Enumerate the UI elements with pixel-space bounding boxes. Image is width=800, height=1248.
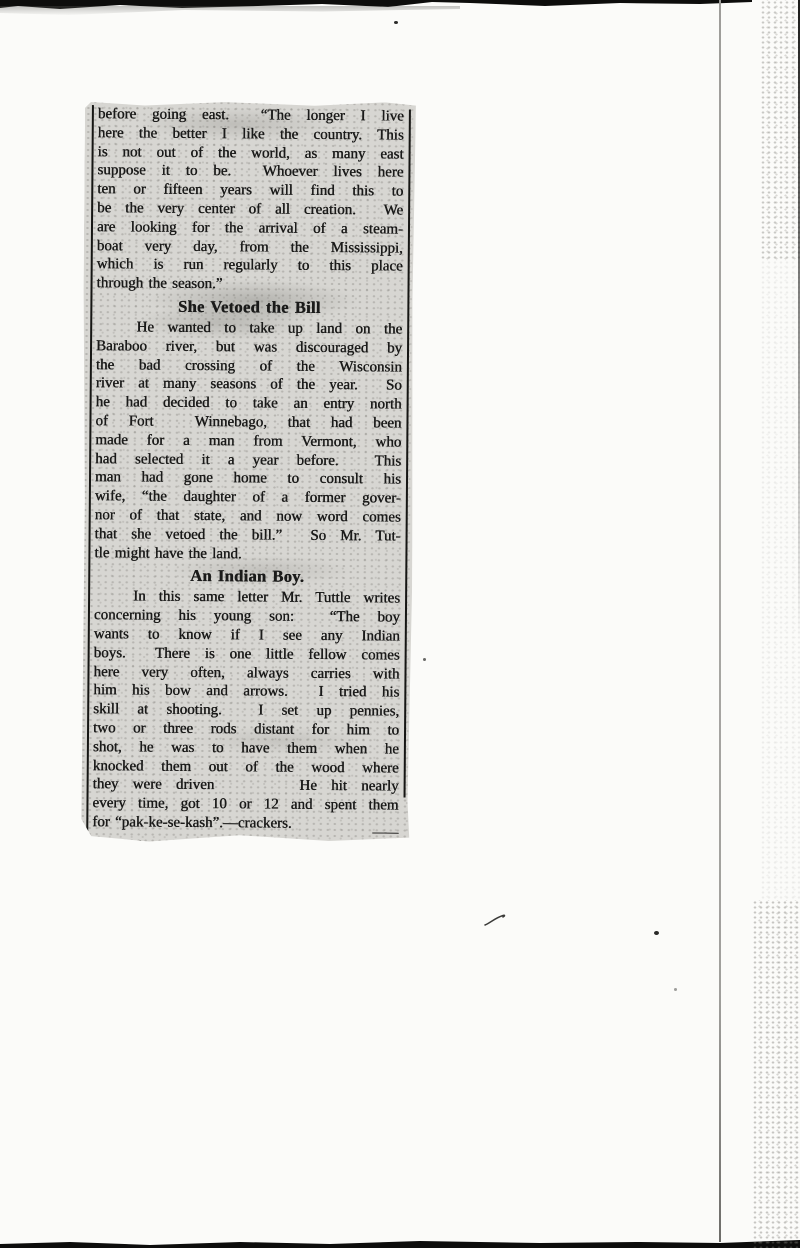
- text-line: ten or fifteen years will find this to: [97, 180, 403, 201]
- text-line: had selected it a year before. This: [95, 450, 401, 471]
- section-heading-an-indian-boy: An Indian Boy.: [94, 564, 400, 588]
- ink-speck: [674, 988, 677, 991]
- text-line: suppose it to be. Whoever lives here: [97, 161, 403, 182]
- text-line: of Fort Winnebago, that had been: [95, 412, 401, 433]
- text-line: boys. There is one little fellow comes: [94, 644, 400, 665]
- scan-edge-bottom: [0, 1240, 800, 1248]
- end-dots: • • • • • • • • •: [98, 834, 310, 852]
- text-line: skill at shooting. I set up pennies,: [93, 700, 399, 721]
- text-line: made for a man from Vermont, who: [95, 431, 401, 452]
- text-line: boat very day, from the Mississippi,: [97, 237, 403, 258]
- scan-noise-right-bottom: [752, 900, 800, 1248]
- text-line: before going east. “The longer I live: [98, 105, 404, 126]
- ink-speck: [654, 931, 659, 935]
- text-line: here the better I like the country. This: [98, 124, 404, 145]
- text-line: wants to know if I see any Indian: [94, 625, 400, 646]
- scanned-page: before going east. “The longer I liveher…: [0, 0, 800, 1248]
- text-line: wife, “the daughter of a former gover-: [95, 487, 401, 508]
- text-line: through the season.”: [96, 274, 402, 295]
- text-line: that she vetoed the bill.” So Mr. Tut-: [95, 525, 401, 546]
- text-line: knocked them out of the wood where: [93, 757, 399, 778]
- text-line: are looking for the arrival of a steam-: [97, 218, 403, 239]
- page-fold-line: [719, 0, 721, 1242]
- text-line: tle might have the land.: [94, 544, 400, 565]
- end-dash: ——: [372, 825, 396, 841]
- section-heading-she-vetoed-the-bill: She Vetoed the Bill: [96, 295, 402, 319]
- text-line: they were driven He hit nearly: [93, 775, 399, 796]
- ink-speck: [423, 658, 426, 661]
- text-line: shot, he was to have them when he: [93, 738, 399, 759]
- article-end-marks: —— • • • • • • • • •: [92, 832, 398, 854]
- text-line: every time, got 10 or 12 and spent them: [92, 794, 398, 815]
- text-line: river at many seasons of the year. So: [96, 374, 402, 395]
- paragraph-1: before going east. “The longer I liveher…: [96, 105, 403, 295]
- text-line: Baraboo river, but was discouraged by: [96, 337, 402, 358]
- text-line: be the very center of all creation. We: [97, 199, 403, 220]
- text-line: nor of that state, and now word comes: [95, 506, 401, 527]
- column-rule-right: [404, 110, 411, 798]
- text-line: two or three rods distant for him to: [93, 719, 399, 740]
- text-line: the bad crossing of the Wisconsin: [96, 356, 402, 377]
- text-line: here very often, always carries with: [93, 663, 399, 684]
- text-line: man had gone home to consult his: [95, 468, 401, 489]
- text-line: is not out of the world, as many east: [98, 143, 404, 164]
- text-line: In this same letter Mr. Tuttle writes: [94, 587, 400, 608]
- text-line: concerning his young son: “The boy: [94, 606, 400, 627]
- paragraph-3: In this same letter Mr. Tuttle writescon…: [92, 587, 400, 834]
- text-line: which is run regularly to this place: [97, 255, 403, 276]
- paragraph-2: He wanted to take up land on theBaraboo …: [94, 318, 402, 565]
- text-line: he had decided to take an entry north: [96, 393, 402, 414]
- text-line: him his bow and arrows. I tried his: [93, 681, 399, 702]
- text-line: He wanted to take up land on the: [96, 318, 402, 339]
- newspaper-clipping: before going east. “The longer I liveher…: [79, 99, 416, 844]
- ink-speck: [394, 21, 398, 24]
- article-text: before going east. “The longer I liveher…: [92, 105, 404, 854]
- text-line: for “pak-ke-se-kash”.—crackers.: [92, 813, 398, 834]
- scan-noise-right-top: [760, 0, 800, 260]
- scan-edge-top-haze: [0, 6, 460, 16]
- pen-mark-icon: [484, 913, 508, 928]
- scan-noise-right-middle: [760, 260, 800, 900]
